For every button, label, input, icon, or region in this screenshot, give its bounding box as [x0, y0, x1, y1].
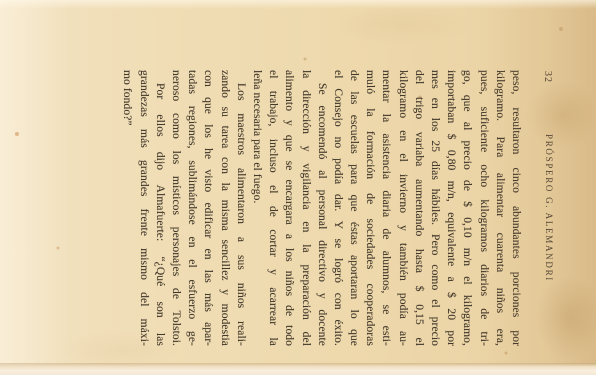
text-line: muló la formación de sociedades cooperad… — [362, 70, 378, 346]
page-number: 32 — [542, 71, 553, 83]
running-head: PRÓSPERO G. ALEMANDRI — [544, 70, 554, 346]
text-line: peso, resultaron cinco abundantes porcio… — [508, 70, 524, 346]
text-line: importaban $ 0,80 m/n, equivalente a $ 2… — [443, 70, 459, 346]
text-line: mentar la asistencia diaria de alumnos, … — [378, 70, 394, 346]
text-line: de las escuelas para que éstas aportaran… — [346, 70, 362, 346]
text-line: del trigo variaba aumentando hasta $ 0,1… — [411, 70, 427, 346]
text-line: leña necesaria para el fuego. — [249, 70, 265, 346]
text-line: el trabajo, incluso el de cortar y acarr… — [265, 70, 281, 346]
text-line: go, que al precio de $ 0,10 m/n el kilog… — [459, 70, 475, 346]
text-line: tadas regiones, sublimándose en el esfue… — [184, 70, 200, 346]
text-line: el Consejo no podía dar. Y se logró con … — [330, 70, 346, 346]
text-line: Los maestros alimentaron a sus niños rea… — [233, 70, 249, 346]
text-line: pues, suficiente ocho kilogramos diarios… — [475, 70, 491, 346]
text-line: kilogramo. Para alimentar cuarenta niños… — [492, 70, 508, 346]
text-line: neroso como los místicos personajes de T… — [168, 70, 184, 346]
text-line: kilogramo en el invierno y también podía… — [395, 70, 411, 346]
text-line: Se encomendó al personal directivo y doc… — [314, 70, 330, 346]
page-header: 32 PRÓSPERO G. ALEMANDRI — [541, 70, 554, 346]
text-line: la dirección y vigilancia en la preparac… — [297, 70, 313, 346]
text-line: con que los he visto edificar en las más… — [200, 70, 216, 346]
scanned-page-photo: 32 PRÓSPERO G. ALEMANDRI peso, resultaro… — [0, 0, 596, 375]
text-line: alimento y que se encargara a los niños … — [281, 70, 297, 346]
text-line: Por ellos dijo Almafuerte: “¿Qué son las — [152, 70, 168, 346]
text-line: zando su tarea con la misma sencillez y … — [216, 70, 232, 346]
text-line: grandezas más grandes frente mismo del m… — [136, 70, 152, 346]
book-page: 32 PRÓSPERO G. ALEMANDRI peso, resultaro… — [0, 0, 596, 375]
text-line: mes en los 25 días hábiles. Pero como el… — [427, 70, 443, 346]
page-content: 32 PRÓSPERO G. ALEMANDRI peso, resultaro… — [119, 70, 554, 346]
body-text: peso, resultaron cinco abundantes porcio… — [119, 70, 524, 346]
text-line: mo fondo?” — [119, 70, 135, 346]
